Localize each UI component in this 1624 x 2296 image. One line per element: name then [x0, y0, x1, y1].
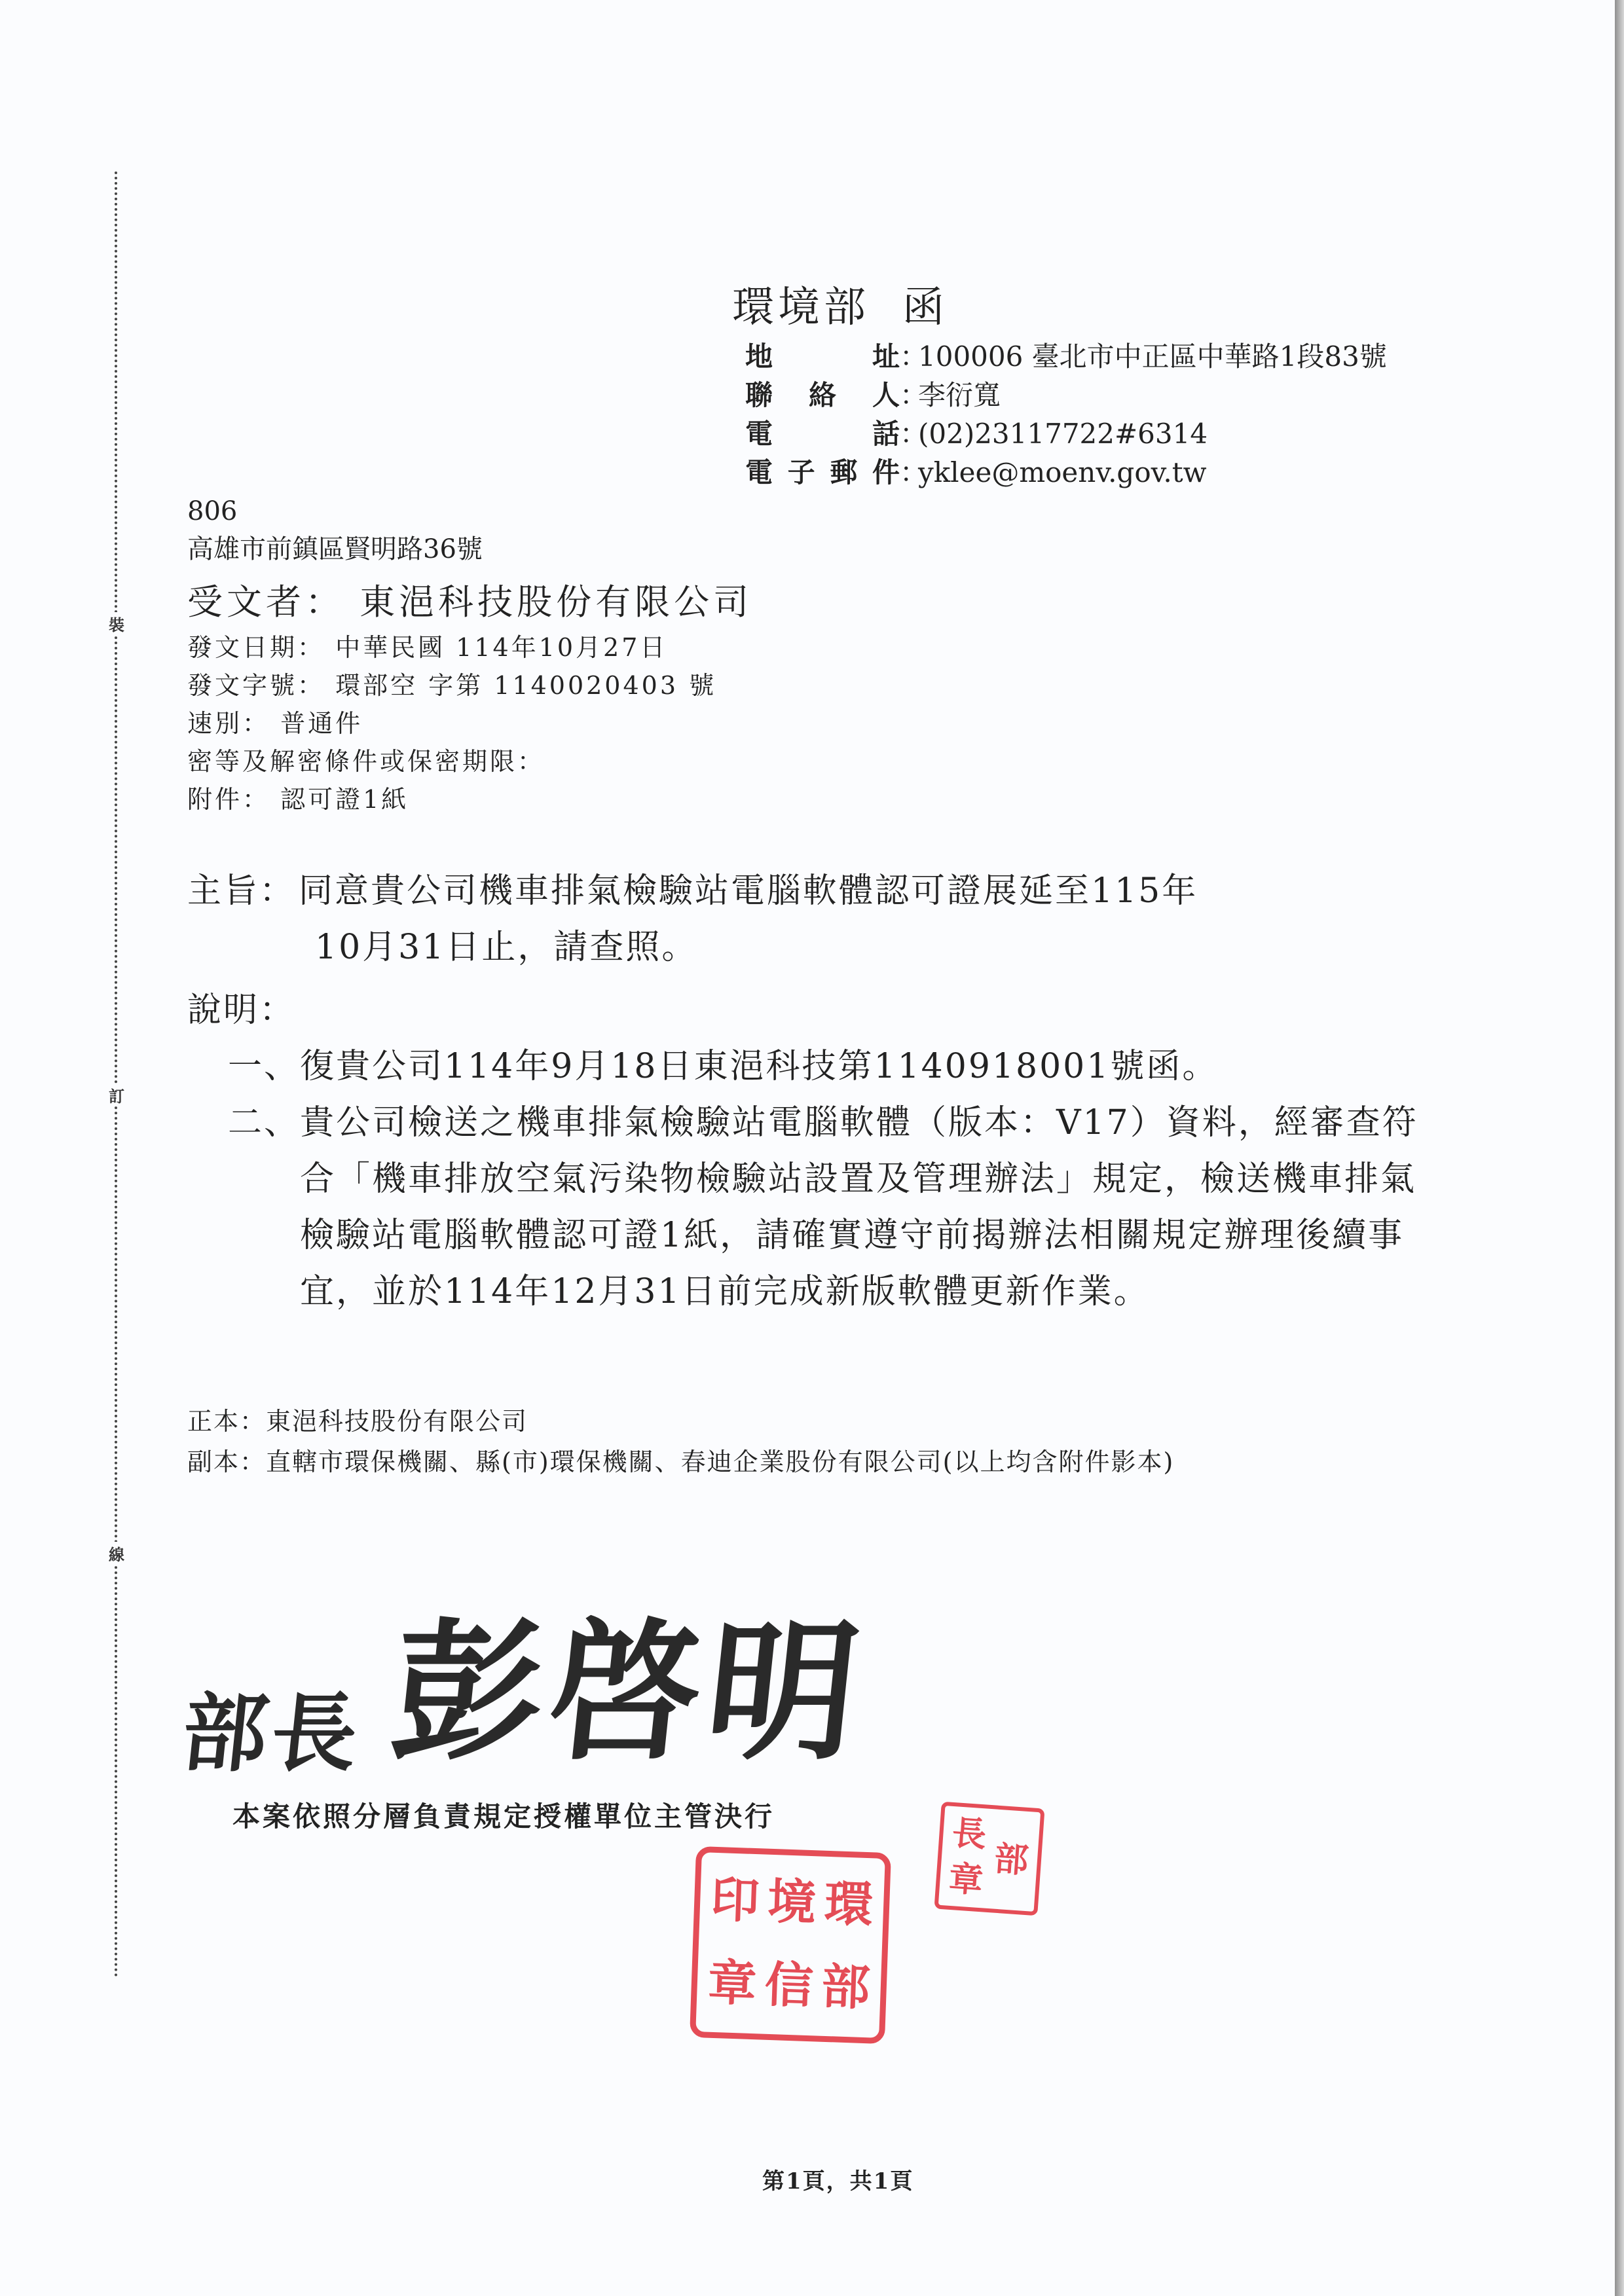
item-text: 復貴公司114年9月18日東浥科技第1140918001號函。	[300, 1038, 1426, 1095]
issue-date: 發文日期： 中華民國 114年10月27日	[187, 629, 752, 666]
explanation-item: 二、 貴公司檢送之機車排氣檢驗站電腦軟體（版本：V17）資料，經審查符合「機車排…	[187, 1095, 1431, 1320]
binding-label-xian: 線	[103, 1542, 130, 1565]
receiver: 受文者： 東浥科技股份有限公司	[187, 576, 752, 629]
signer-name: 彭啓明	[383, 1571, 877, 1788]
document-meta: 受文者： 東浥科技股份有限公司 發文日期： 中華民國 114年10月27日 發文…	[187, 576, 752, 818]
contact-block: 地址：100006 臺北市中正區中華路1段83號 聯絡人：李衍寬 電話：(02)…	[745, 337, 1387, 492]
agency-name: 環境部	[732, 283, 870, 332]
subject-label: 主旨：	[187, 863, 299, 919]
contact-phone: 電話：(02)23117722#6314	[745, 414, 1387, 453]
classification: 密等及解密條件或保密期限：	[187, 742, 752, 780]
subject-line-1: 同意貴公司機車排氣檢驗站電腦軟體認可證展延至115年	[299, 871, 1198, 911]
distribution: 正本：東浥科技股份有限公司 副本：直轄市環保機關、縣(市)環保機關、春迪企業股份…	[187, 1401, 1174, 1482]
document-title: 環境部函	[732, 274, 948, 334]
contact-email: 電子郵件：yklee@moenv.gov.tw	[745, 453, 1387, 492]
binding-line	[115, 172, 117, 1978]
contact-person: 聯絡人：李衍寬	[745, 376, 1387, 414]
binding-label-ding: 訂	[103, 1084, 130, 1106]
priority: 速別： 普通件	[187, 704, 752, 742]
attachment: 附件： 認可證1紙	[187, 780, 752, 818]
contact-address: 地址：100006 臺北市中正區中華路1段83號	[745, 337, 1387, 376]
signer-title: 部長	[177, 1666, 368, 1788]
item-number: 一、	[228, 1038, 300, 1095]
explanation-item: 一、 復貴公司114年9月18日東浥科技第1140918001號函。	[187, 1038, 1431, 1095]
official-seal-large: 印 章 境 信 環 部	[690, 1846, 891, 2044]
postal-code: 806	[187, 492, 483, 530]
street-address: 高雄市前鎮區賢明路36號	[187, 530, 483, 568]
copy-recipients: 副本：直轄市環保機關、縣(市)環保機關、春迪企業股份有限公司(以上均含附件影本)	[187, 1442, 1174, 1482]
official-seal-small: 長 章 部	[934, 1802, 1044, 1916]
delegation-note: 本案依照分層負責規定授權單位主管決行	[232, 1795, 775, 1834]
subject-line-2: 10月31日止，請查照。	[187, 919, 1431, 975]
original-recipient: 正本：東浥科技股份有限公司	[187, 1401, 1174, 1442]
explanation-label: 說明：	[187, 982, 1431, 1038]
page-number: 第1頁，共1頁	[762, 2163, 913, 2195]
explanation: 說明： 一、 復貴公司114年9月18日東浥科技第1140918001號函。 二…	[187, 982, 1431, 1320]
binding-label-zhuang: 裝	[103, 612, 130, 635]
document-type: 函	[902, 283, 948, 332]
item-text: 貴公司檢送之機車排氣檢驗站電腦軟體（版本：V17）資料，經審查符合「機車排放空氣…	[300, 1095, 1426, 1320]
recipient-address: 806 高雄市前鎮區賢明路36號	[187, 492, 483, 568]
signature-block: 部長彭啓明	[183, 1571, 866, 1788]
document-number: 發文字號： 環部空 字第 1140020403 號	[187, 666, 752, 704]
item-number: 二、	[228, 1095, 300, 1320]
subject: 主旨：同意貴公司機車排氣檢驗站電腦軟體認可證展延至115年 10月31日止，請查…	[187, 863, 1431, 975]
scan-edge-shadow	[1615, 0, 1624, 2296]
